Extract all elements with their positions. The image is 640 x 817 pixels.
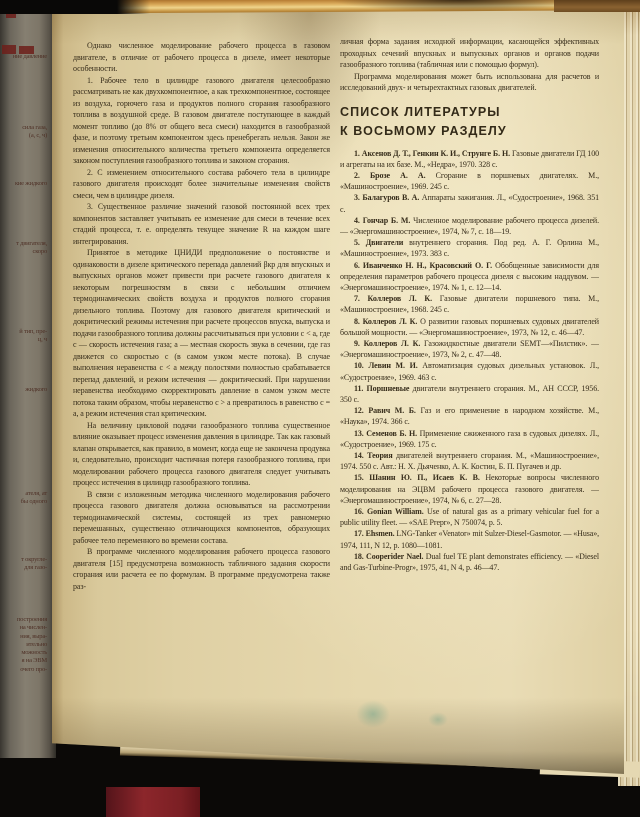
spine-text-fragment: построения на числен- ния, выра- ительно… bbox=[1, 616, 47, 674]
book-cover-edge bbox=[554, 0, 640, 12]
reference-entry: 10. Левин М. И. Автоматизация судовых ди… bbox=[340, 360, 599, 382]
heading-line-1: СПИСОК ЛИТЕРАТУРЫ bbox=[340, 103, 599, 122]
reference-entry: 9. Коллеров Л. К. Газожидкостные двигате… bbox=[340, 338, 599, 360]
spine-text-fragment: ние давление bbox=[1, 53, 47, 61]
reference-entry: 7. Коллеров Л. К. Газовые двигатели порш… bbox=[340, 293, 599, 315]
reference-entry: 8. Коллеров Л. К. О развитии газовых пор… bbox=[340, 316, 599, 338]
reference-authors: 2. Брозе А. А. bbox=[354, 171, 425, 180]
left-text-column: Однако численное моделирование рабочего … bbox=[73, 40, 330, 640]
spine-text-fragment: т двигателя, скоро bbox=[1, 240, 47, 257]
reference-authors: 11. Поршневые bbox=[354, 384, 409, 393]
reference-entry: 18. Cooperider Nael. Dual fuel TE plant … bbox=[340, 551, 599, 573]
reference-authors: 13. Семенов Б. Н. bbox=[354, 429, 417, 438]
reference-authors: 5. Двигатели bbox=[354, 238, 403, 247]
reference-entry: 5. Двигатели внутреннего сгорания. Под р… bbox=[340, 237, 599, 259]
reference-authors: 8. Коллеров Л. К. bbox=[354, 317, 417, 326]
reference-authors: 3. Балагуров В. А. bbox=[354, 193, 419, 202]
reference-entry: 13. Семенов Б. Н. Применение сжиженного … bbox=[340, 428, 599, 450]
paragraph: 3. Существенное различие значений газово… bbox=[73, 201, 330, 247]
reference-authors: 4. Гончар Б. М. bbox=[354, 216, 410, 225]
spine-text-fragment: жидкого bbox=[1, 386, 47, 394]
paragraph: Однако численное моделирование рабочего … bbox=[73, 40, 330, 75]
spine-mark bbox=[2, 45, 16, 54]
paragraph: На величину цикловой подачи газообразног… bbox=[73, 420, 330, 489]
reference-authors: 16. Gonian William. bbox=[354, 507, 424, 516]
paragraph: Программа моделирования может быть испол… bbox=[340, 71, 599, 94]
top-shadow-smudge bbox=[330, 0, 590, 12]
ink-stamp bbox=[428, 712, 448, 727]
book-scan-photo: ние давление сила газа, (а, с, ч) кие жи… bbox=[0, 0, 640, 817]
heading-line-2: К ВОСЬМОМУ РАЗДЕЛУ bbox=[340, 122, 599, 141]
reference-authors: 14. Теория bbox=[354, 451, 393, 460]
ink-stamp bbox=[356, 700, 390, 728]
section-heading: СПИСОК ЛИТЕРАТУРЫ К ВОСЬМОМУ РАЗДЕЛУ bbox=[340, 103, 599, 141]
reference-entry: 6. Иванченко Н. Н., Красовский О. Г. Обо… bbox=[340, 260, 599, 294]
spine-red-band bbox=[106, 787, 200, 817]
reference-entry: 2. Брозе А. А. Сгорание в поршневых двиг… bbox=[340, 170, 599, 192]
right-text-column: личная форма задания исходной информации… bbox=[340, 36, 599, 736]
paragraph: В программе численного моделирования раб… bbox=[73, 546, 330, 592]
reference-authors: 6. Иванченко Н. Н., Красовский О. Г. bbox=[354, 261, 492, 270]
reference-authors: 12. Равич М. Б. bbox=[354, 406, 416, 415]
paragraph: личная форма задания исходной информации… bbox=[340, 36, 599, 71]
reference-entry: 16. Gonian William. Use of natural gas a… bbox=[340, 506, 599, 528]
reference-authors: 7. Коллеров Л. К. bbox=[354, 294, 432, 303]
reference-authors: 17. Ehsmen. bbox=[354, 529, 394, 538]
reference-entry: 3. Балагуров В. А. Аппараты зажигания. Л… bbox=[340, 192, 599, 214]
reference-entry: 15. Шанин Ю. П., Исаев К. В. Некоторые в… bbox=[340, 472, 599, 506]
spine-mark bbox=[19, 46, 34, 54]
book-gutter: ние давление сила газа, (а, с, ч) кие жи… bbox=[0, 0, 56, 758]
paragraph: В связи с изложенным методика численного… bbox=[73, 489, 330, 547]
paragraph: 1. Рабочее тело в цилиндре газового двиг… bbox=[73, 75, 330, 167]
paragraph: Принятое в методике ЦНИДИ предположение … bbox=[73, 247, 330, 420]
reference-authors: 1. Аксенов Д. Т., Генкин К. И., Струнге … bbox=[354, 149, 510, 158]
spine-text-fragment: кие жидкого bbox=[1, 180, 47, 188]
spine-text-fragment: ателя, ат бы одного bbox=[1, 490, 47, 507]
reference-authors: 9. Коллеров Л. К. bbox=[354, 339, 420, 348]
spine-text-fragment: й тип, пре- ц, ч bbox=[1, 328, 47, 345]
reference-entry: 11. Поршневые двигатели внутреннего сгор… bbox=[340, 383, 599, 405]
book-page: Однако численное моделирование рабочего … bbox=[52, 6, 624, 774]
reference-authors: 18. Cooperider Nael. bbox=[354, 552, 423, 561]
reference-authors: 15. Шанин Ю. П., Исаев К. В. bbox=[354, 473, 480, 482]
spine-text-fragment: сила газа, (а, с, ч) bbox=[1, 124, 47, 141]
spine-text-fragment: т округле- для газо- bbox=[1, 556, 47, 573]
reference-entry: 12. Равич М. Б. Газ и его применение в н… bbox=[340, 405, 599, 427]
reference-entry: 14. Теория двигателей внутреннего сгоран… bbox=[340, 450, 599, 472]
paragraph: 2. С изменением относительного состава р… bbox=[73, 167, 330, 202]
reference-entry: 17. Ehsmen. LNG-Tanker «Venator» mit Sul… bbox=[340, 528, 599, 550]
reference-entry: 1. Аксенов Д. Т., Генкин К. И., Струнге … bbox=[340, 148, 599, 170]
reference-entry: 4. Гончар Б. М. Численное моделирование … bbox=[340, 215, 599, 237]
top-left-shadow bbox=[0, 0, 150, 14]
reference-authors: 10. Левин М. И. bbox=[354, 361, 418, 370]
